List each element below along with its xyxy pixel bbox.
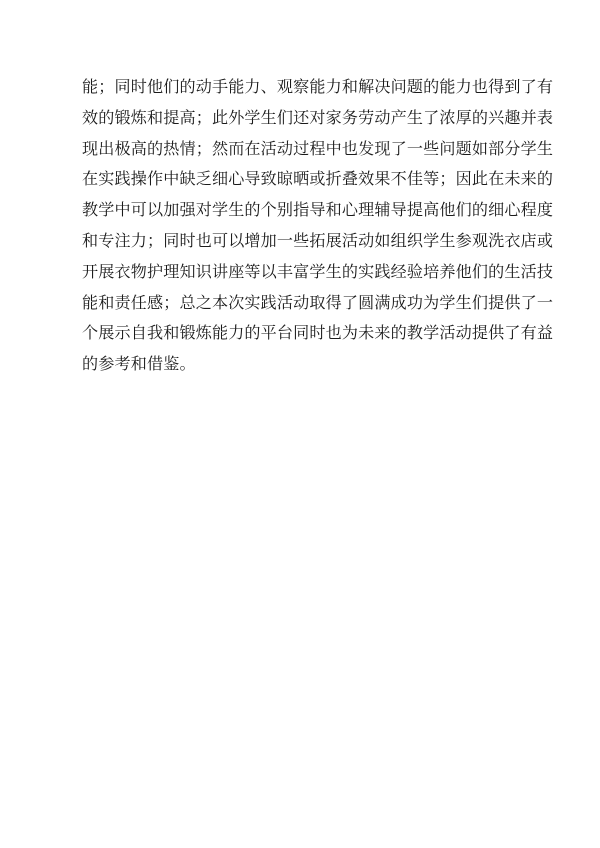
text-line: 能和责任感；总之本次实践活动取得了圆满成功为学生们提供了一 <box>82 292 518 323</box>
text-line: 效的锻炼和提高；此外学生们还对家务劳动产生了浓厚的兴趣并表 <box>82 107 518 138</box>
text-line: 和专注力；同时也可以增加一些拓展活动如组织学生参观洗衣店或 <box>82 230 518 261</box>
text-line: 能；同时他们的动手能力、观察能力和解决问题的能力也得到了有 <box>82 76 518 107</box>
text-line: 教学中可以加强对学生的个别指导和心理辅导提高他们的细心程度 <box>82 199 518 230</box>
text-line: 个展示自我和锻炼能力的平台同时也为未来的教学活动提供了有益 <box>82 322 518 353</box>
document-page: 能；同时他们的动手能力、观察能力和解决问题的能力也得到了有 效的锻炼和提高；此外… <box>0 0 600 848</box>
text-line: 在实践操作中缺乏细心导致晾晒或折叠效果不佳等；因此在未来的 <box>82 168 518 199</box>
text-line: 的参考和借鉴。 <box>82 353 518 384</box>
text-line: 现出极高的热情；然而在活动过程中也发现了一些问题如部分学生 <box>82 138 518 169</box>
text-line: 开展衣物护理知识讲座等以丰富学生的实践经验培养他们的生活技 <box>82 261 518 292</box>
body-paragraph: 能；同时他们的动手能力、观察能力和解决问题的能力也得到了有 效的锻炼和提高；此外… <box>82 76 518 384</box>
